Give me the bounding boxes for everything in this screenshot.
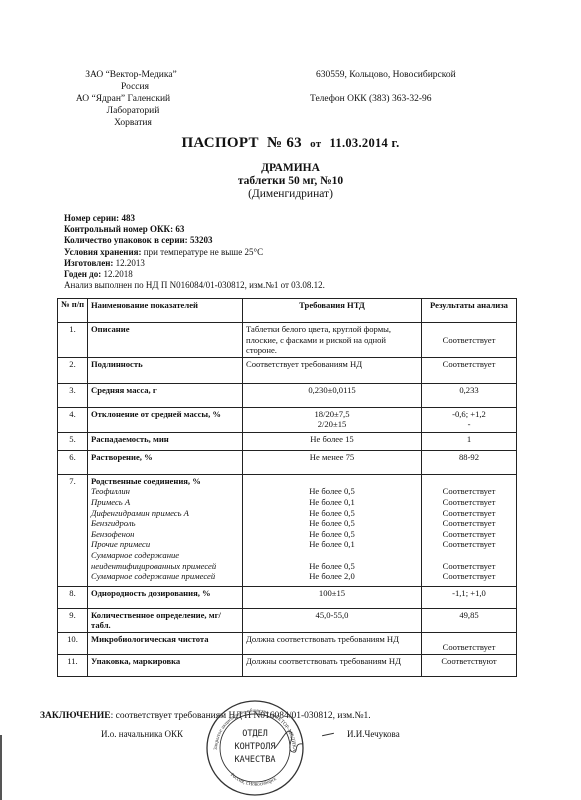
spec-table: № п/п Наименование показателей Требовани…: [57, 298, 517, 677]
row-requirement: Таблетки белого цвета, круглой формы, пл…: [243, 323, 422, 358]
batch-info-value: при температуре не выше 25°С: [144, 247, 263, 257]
batch-info-value: 12.2013: [116, 258, 145, 268]
row-requirement: 100±15: [243, 586, 422, 608]
batch-info-line: Контрольный номер ОКК: 63: [64, 224, 325, 235]
row-number: 11.: [58, 654, 88, 676]
manufacturer-line: ЗАО “Вектор-Медика”: [76, 69, 186, 81]
product-form: таблетки 50 мг, №10: [0, 175, 581, 188]
title-word: ПАСПОРТ: [181, 135, 258, 151]
row-result: 49,85: [422, 608, 517, 632]
signatory-name: И.И.Чечукова: [347, 729, 400, 739]
row-result: Соответствует: [422, 632, 517, 654]
manufacturer-line: АО “Ядран” Галенский: [60, 93, 186, 105]
impurity-name: Бензофенон: [91, 529, 239, 540]
scan-edge: [0, 735, 2, 800]
impurity-requirement: Не более 0,5: [246, 529, 418, 540]
impurity-result: Соответствует: [425, 497, 513, 508]
row-name: Распадаемость, мин: [88, 432, 243, 450]
col-header-name: Наименование показателей: [88, 299, 243, 323]
impurity-result: Соответствует: [425, 508, 513, 519]
impurity-name: Прочие примеси: [91, 539, 239, 550]
passport-title: ПАСПОРТ № 63 от 11.03.2014 г.: [0, 135, 581, 152]
row-requirement: 18/20±7,5 2/20±15: [243, 407, 422, 432]
row-number: 4.: [58, 407, 88, 432]
row-name: Растворение, %: [88, 450, 243, 474]
impurity-requirement: Не более 0,5: [246, 508, 418, 519]
table-row: 6.Растворение, %Не менее 7588-92: [58, 450, 517, 474]
table-row: 9.Количественное определение, мг/табл.45…: [58, 608, 517, 632]
impurity-result: Соответствует: [425, 539, 513, 550]
row-name: Микробиологическая чистота: [88, 632, 243, 654]
batch-info-value: 63: [175, 224, 184, 234]
row-requirement: Соответствует требованиям НД: [243, 357, 422, 383]
row-result: 0,233: [422, 383, 517, 407]
batch-info-line: Анализ выполнен по НД П N016084/01-03081…: [64, 280, 325, 291]
address: 630559, Кольцово, Новосибирской: [316, 69, 456, 81]
row-name: Подлинность: [88, 357, 243, 383]
product-inn: (Дименгидринат): [0, 188, 581, 201]
batch-info-label: Контрольный номер ОКК:: [64, 224, 173, 234]
table-row: 1.ОписаниеТаблетки белого цвета, круглой…: [58, 323, 517, 358]
row-requirement: 45,0-55,0: [243, 608, 422, 632]
col-header-res: Результаты анализа: [422, 299, 517, 323]
row-result: -1,1; +1,0: [422, 586, 517, 608]
quality-control-stamp: Закрытое акционерное общество «ВЕКТОР-МЕ…: [203, 698, 307, 798]
impurity-requirement: Не более 2,0: [246, 571, 418, 582]
batch-info-value: 483: [121, 213, 135, 223]
svg-text:КОНТРОЛЯ: КОНТРОЛЯ: [235, 742, 276, 752]
batch-info-line: Годен до: 12.2018: [64, 269, 325, 280]
batch-info: Номер серии: 483Контрольный номер ОКК: 6…: [64, 213, 325, 291]
row-number: 8.: [58, 586, 88, 608]
manufacturer-line: Лабораторий: [80, 105, 186, 117]
batch-info-label: Годен до:: [64, 269, 101, 279]
svg-text:Россия, г.Новосибирск: Россия, г.Новосибирск: [229, 772, 278, 788]
batch-info-label: Условия хранения:: [64, 247, 142, 257]
row-requirement: Не более 15: [243, 432, 422, 450]
row-name: Средняя масса, г: [88, 383, 243, 407]
manufacturer-line: Россия: [84, 81, 186, 93]
signature-mark: [322, 733, 334, 736]
row-name: Родственные соединения, %ТеофиллинПримес…: [88, 474, 243, 586]
row-result: 88-92: [422, 450, 517, 474]
row-name: Однородность дозирования, %: [88, 586, 243, 608]
batch-info-label: Количество упаковок в серии:: [64, 235, 188, 245]
title-from: от: [310, 138, 321, 150]
row-result: -0,6; +1,2 -: [422, 407, 517, 432]
row-name: Отклонение от средней массы, %: [88, 407, 243, 432]
batch-info-value: 53203: [190, 235, 213, 245]
row-number: 9.: [58, 608, 88, 632]
row-result: 1: [422, 432, 517, 450]
table-row: 5.Распадаемость, минНе более 151: [58, 432, 517, 450]
impurity-name: Дифенгидрамин примесь А: [91, 508, 239, 519]
row-requirement: 0,230±0,0115: [243, 383, 422, 407]
row-result: Соответствуют: [422, 654, 517, 676]
impurity-requirement: Не более 0,5: [246, 518, 418, 529]
row-requirement: Не менее 75: [243, 450, 422, 474]
table-header-row: № п/п Наименование показателей Требовани…: [58, 299, 517, 323]
impurity-requirement: Не более 0,5: [246, 561, 418, 572]
row-number: 3.: [58, 383, 88, 407]
batch-info-value: Анализ выполнен по НД П N016084/01-03081…: [64, 280, 325, 290]
impurity-name: Бензгидроль: [91, 518, 239, 529]
phone: Телефон ОКК (383) 363-32-96: [310, 93, 432, 105]
title-number: № 63: [267, 135, 302, 151]
row-name-heading: Родственные соединения, %: [91, 476, 239, 487]
impurity-requirement: Не более 0,1: [246, 497, 418, 508]
row-requirement: Должны соответствовать требованиям НД: [243, 654, 422, 676]
table-row: 7.Родственные соединения, %ТеофиллинПрим…: [58, 474, 517, 586]
impurity-requirement: Не более 0,1: [246, 539, 418, 550]
table-row: 8.Однородность дозирования, %100±15-1,1;…: [58, 586, 517, 608]
row-result: СоответствуетСоответствуетСоответствуетС…: [422, 474, 517, 586]
table-row: 3.Средняя масса, г0,230±0,01150,233: [58, 383, 517, 407]
signatory-position: И.о. начальника ОКК: [101, 729, 183, 739]
row-number: 2.: [58, 357, 88, 383]
table-row: 11.Упаковка, маркировкаДолжны соответств…: [58, 654, 517, 676]
row-name: Описание: [88, 323, 243, 358]
row-name: Упаковка, маркировка: [88, 654, 243, 676]
row-name: Количественное определение, мг/табл.: [88, 608, 243, 632]
stamp-icon: Закрытое акционерное общество «ВЕКТОР-МЕ…: [203, 698, 307, 798]
product-name: ДРАМИНА: [0, 162, 581, 175]
manufacturer-line: Хорватия: [80, 117, 186, 129]
row-result: Соответствует: [422, 357, 517, 383]
row-number: 6.: [58, 450, 88, 474]
col-header-req: Требования НТД: [243, 299, 422, 323]
impurity-name: Теофиллин: [91, 486, 239, 497]
row-number: 5.: [58, 432, 88, 450]
batch-info-label: Изготовлен:: [64, 258, 113, 268]
table-row: 10.Микробиологическая чистотаДолжна соот…: [58, 632, 517, 654]
impurity-result: Соответствует: [425, 486, 513, 497]
table-row: 2.ПодлинностьСоответствует требованиям Н…: [58, 357, 517, 383]
impurity-result: Соответствует: [425, 561, 513, 572]
conclusion-label: ЗАКЛЮЧЕНИЕ: [40, 711, 111, 721]
row-number: 1.: [58, 323, 88, 358]
row-result: Соответствует: [422, 323, 517, 358]
row-number: 10.: [58, 632, 88, 654]
impurity-result: Соответствует: [425, 571, 513, 582]
batch-info-line: Изготовлен: 12.2013: [64, 258, 325, 269]
impurity-requirement: Не более 0,5: [246, 486, 418, 497]
row-requirement: Не более 0,5Не более 0,1Не более 0,5Не б…: [243, 474, 422, 586]
impurity-result: Соответствует: [425, 518, 513, 529]
row-requirement: Должна соответствовать требованиям НД: [243, 632, 422, 654]
title-date: 11.03.2014 г.: [330, 136, 400, 150]
batch-info-line: Номер серии: 483: [64, 213, 325, 224]
row-number: 7.: [58, 474, 88, 586]
col-header-num: № п/п: [58, 299, 88, 323]
table-row: 4.Отклонение от средней массы, %18/20±7,…: [58, 407, 517, 432]
impurity-result: Соответствует: [425, 529, 513, 540]
manufacturer-block: ЗАО “Вектор-Медика” Россия АО “Ядран” Га…: [66, 69, 186, 129]
impurity-name: Примесь А: [91, 497, 239, 508]
batch-info-line: Количество упаковок в серии: 53203: [64, 235, 325, 246]
batch-info-label: Номер серии:: [64, 213, 119, 223]
svg-text:ОТДЕЛ: ОТДЕЛ: [242, 729, 268, 739]
impurity-name: Суммарное содержание примесей: [91, 571, 239, 582]
batch-info-line: Условия хранения: при температуре не выш…: [64, 247, 325, 258]
batch-info-value: 12.2018: [103, 269, 132, 279]
impurity-name: Суммарное содержание неидентифицированны…: [91, 550, 239, 571]
svg-text:КАЧЕСТВА: КАЧЕСТВА: [235, 755, 276, 765]
